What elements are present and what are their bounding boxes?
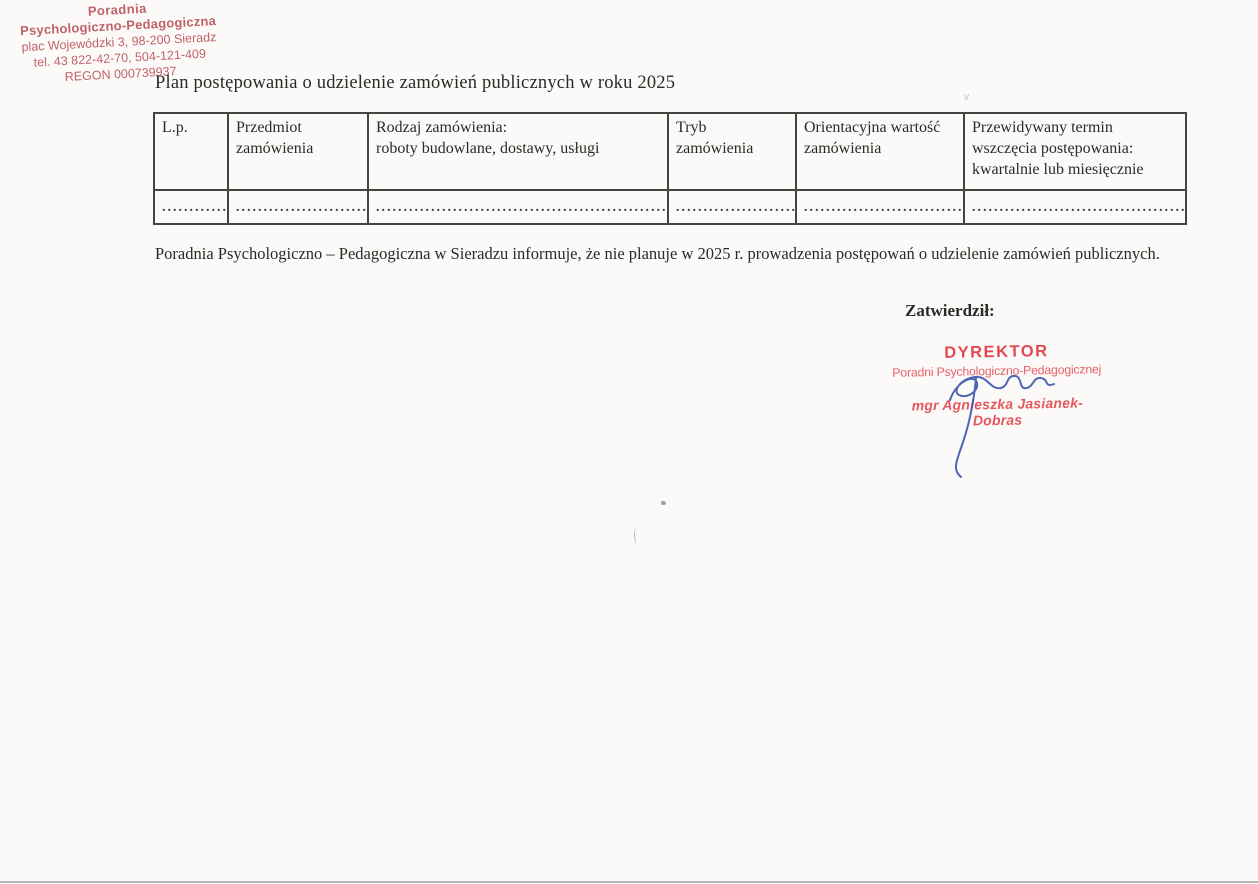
cell-dots-lp: ............ <box>154 190 228 224</box>
scan-speck <box>661 501 666 505</box>
document-title: Plan postępowania o udzielenie zamówień … <box>155 73 675 94</box>
signature-stroke-group <box>950 376 1054 477</box>
cell-dots-wartosc: ............................. <box>796 190 964 224</box>
signature-flourish <box>950 376 1054 400</box>
col-header-wartosc: Orientacyjna wartość zamówienia <box>796 113 964 190</box>
col-header-lp: L.p. <box>154 113 228 190</box>
scanned-document-page: Poradnia Psychologiczno-Pedagogiczna pla… <box>0 0 1258 884</box>
cell-dots-przedmiot: ........................ <box>228 190 368 224</box>
scan-speck: v <box>964 92 969 103</box>
handwritten-signature-ink <box>930 368 1080 480</box>
table-header-row: L.p. Przedmiot zamówienia Rodzaj zamówie… <box>154 113 1186 190</box>
statement-paragraph: Poradnia Psychologiczno – Pedagogiczna w… <box>155 242 1171 265</box>
cell-dots-rodzaj: ........................................… <box>368 190 668 224</box>
approval-label: Zatwierdził: <box>905 301 995 321</box>
col-header-przedmiot: Przedmiot zamówienia <box>228 113 368 190</box>
scan-edge-shadow <box>0 881 1258 883</box>
col-header-tryb: Tryb zamówienia <box>668 113 796 190</box>
table-empty-row: ............ ........................ ..… <box>154 190 1186 224</box>
procurement-plan-table: L.p. Przedmiot zamówienia Rodzaj zamówie… <box>153 112 1187 225</box>
cell-dots-tryb: ...................... <box>668 190 796 224</box>
scan-speck <box>633 528 642 545</box>
col-header-termin: Przewidywany termin wszczęcia postępowan… <box>964 113 1186 190</box>
col-header-rodzaj: Rodzaj zamówienia: roboty budowlane, dos… <box>368 113 668 190</box>
cell-dots-termin: ....................................... <box>964 190 1186 224</box>
director-stamp-title: DYREKTOR <box>887 341 1105 364</box>
